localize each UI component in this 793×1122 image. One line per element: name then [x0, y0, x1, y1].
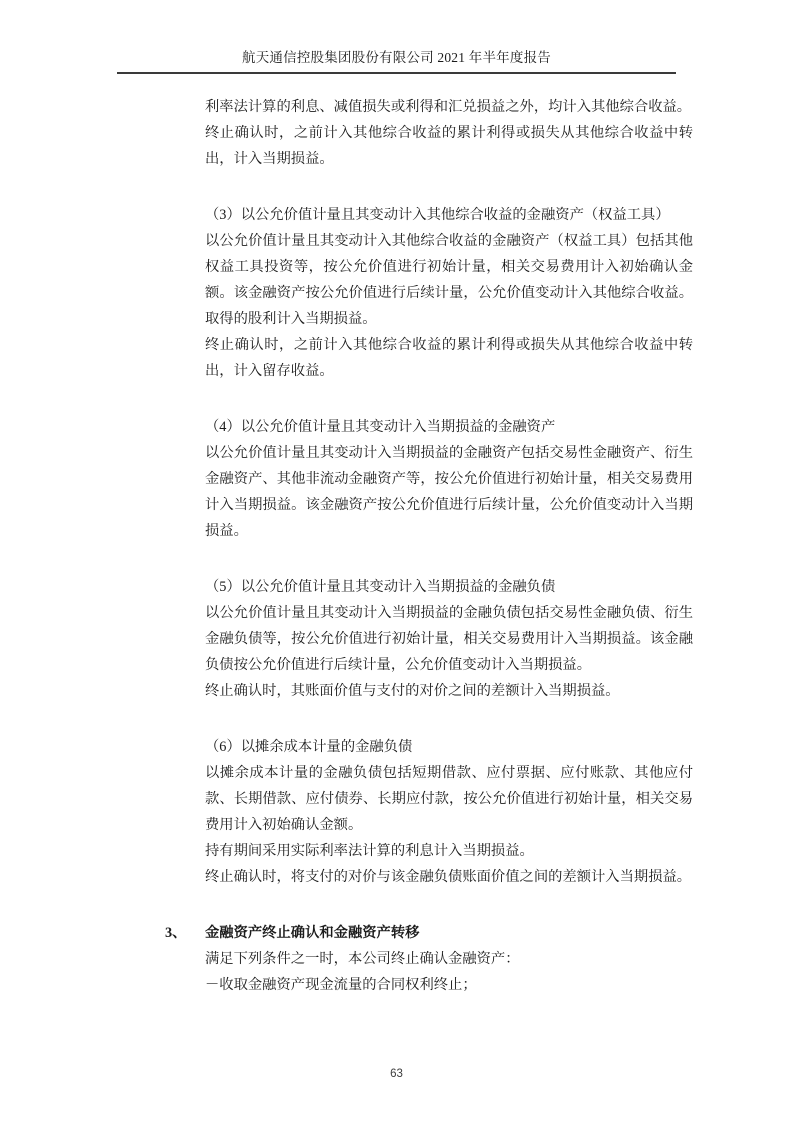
numbered-section-derecognition: 3、 金融资产终止确认和金融资产转移 满足下列条件之一时，本公司终止确认金融资产…: [205, 920, 693, 998]
subsection-heading: （6）以摊余成本计量的金融负债: [205, 734, 693, 760]
subsection-paragraph: 以公允价值计量且其变动计入当期损益的金融负债包括交易性金融负债、衍生金融负债等，…: [205, 600, 693, 678]
subsection-paragraph: 以公允价值计量且其变动计入当期损益的金融资产包括交易性金融资产、衍生金融资产、其…: [205, 440, 693, 544]
numbered-section-heading: 3、 金融资产终止确认和金融资产转移: [205, 920, 693, 946]
subsection-paragraph: 终止确认时，之前计入其他综合收益的累计利得或损失从其他综合收益中转出，计入留存收…: [205, 332, 693, 384]
section-number: 3、: [165, 920, 186, 946]
subsection-paragraph: 终止确认时，将支付的对价与该金融负债账面价值之间的差额计入当期损益。: [205, 864, 693, 890]
subsection-amortized-cost-liabilities: （6）以摊余成本计量的金融负债 以摊余成本计量的金融负债包括短期借款、应付票据、…: [205, 734, 693, 890]
numbered-section-paragraph: 满足下列条件之一时，本公司终止确认金融资产：: [205, 946, 693, 972]
numbered-section-paragraph: －收取金融资产现金流量的合同权利终止；: [205, 972, 693, 998]
report-page: 航天通信控股集团股份有限公司 2021 年半年度报告 利率法计算的利息、减值损失…: [0, 0, 793, 1122]
report-header-title: 航天通信控股集团股份有限公司 2021 年半年度报告: [117, 48, 676, 74]
subsection-fvtpl-assets: （4）以公允价值计量且其变动计入当期损益的金融资产 以公允价值计量且其变动计入当…: [205, 414, 693, 544]
subsection-heading: （5）以公允价值计量且其变动计入当期损益的金融负债: [205, 574, 693, 600]
subsection-paragraph: 以摊余成本计量的金融负债包括短期借款、应付票据、应付账款、其他应付款、长期借款、…: [205, 760, 693, 838]
section-title: 金融资产终止确认和金融资产转移: [205, 925, 419, 941]
intro-paragraph-1: 利率法计算的利息、减值损失或利得和汇兑损益之外，均计入其他综合收益。: [205, 94, 693, 120]
subsection-paragraph: 终止确认时，其账面价值与支付的对价之间的差额计入当期损益。: [205, 678, 693, 704]
page-body: 利率法计算的利息、减值损失或利得和汇兑损益之外，均计入其他综合收益。 终止确认时…: [205, 94, 693, 998]
subsection-heading: （4）以公允价值计量且其变动计入当期损益的金融资产: [205, 414, 693, 440]
page-header: 航天通信控股集团股份有限公司 2021 年半年度报告: [117, 48, 676, 74]
subsection-fvtpl-liabilities: （5）以公允价值计量且其变动计入当期损益的金融负债 以公允价值计量且其变动计入当…: [205, 574, 693, 704]
subsection-heading: （3）以公允价值计量且其变动计入其他综合收益的金融资产（权益工具）: [205, 202, 693, 228]
subsection-fvoci-equity: （3）以公允价值计量且其变动计入其他综合收益的金融资产（权益工具） 以公允价值计…: [205, 202, 693, 384]
page-number: 63: [390, 1068, 403, 1080]
subsection-paragraph: 持有期间采用实际利率法计算的利息计入当期损益。: [205, 838, 693, 864]
intro-paragraph-2: 终止确认时，之前计入其他综合收益的累计利得或损失从其他综合收益中转出，计入当期损…: [205, 120, 693, 172]
subsection-paragraph: 以公允价值计量且其变动计入其他综合收益的金融资产（权益工具）包括其他权益工具投资…: [205, 228, 693, 332]
page-footer: 63: [0, 1068, 793, 1080]
